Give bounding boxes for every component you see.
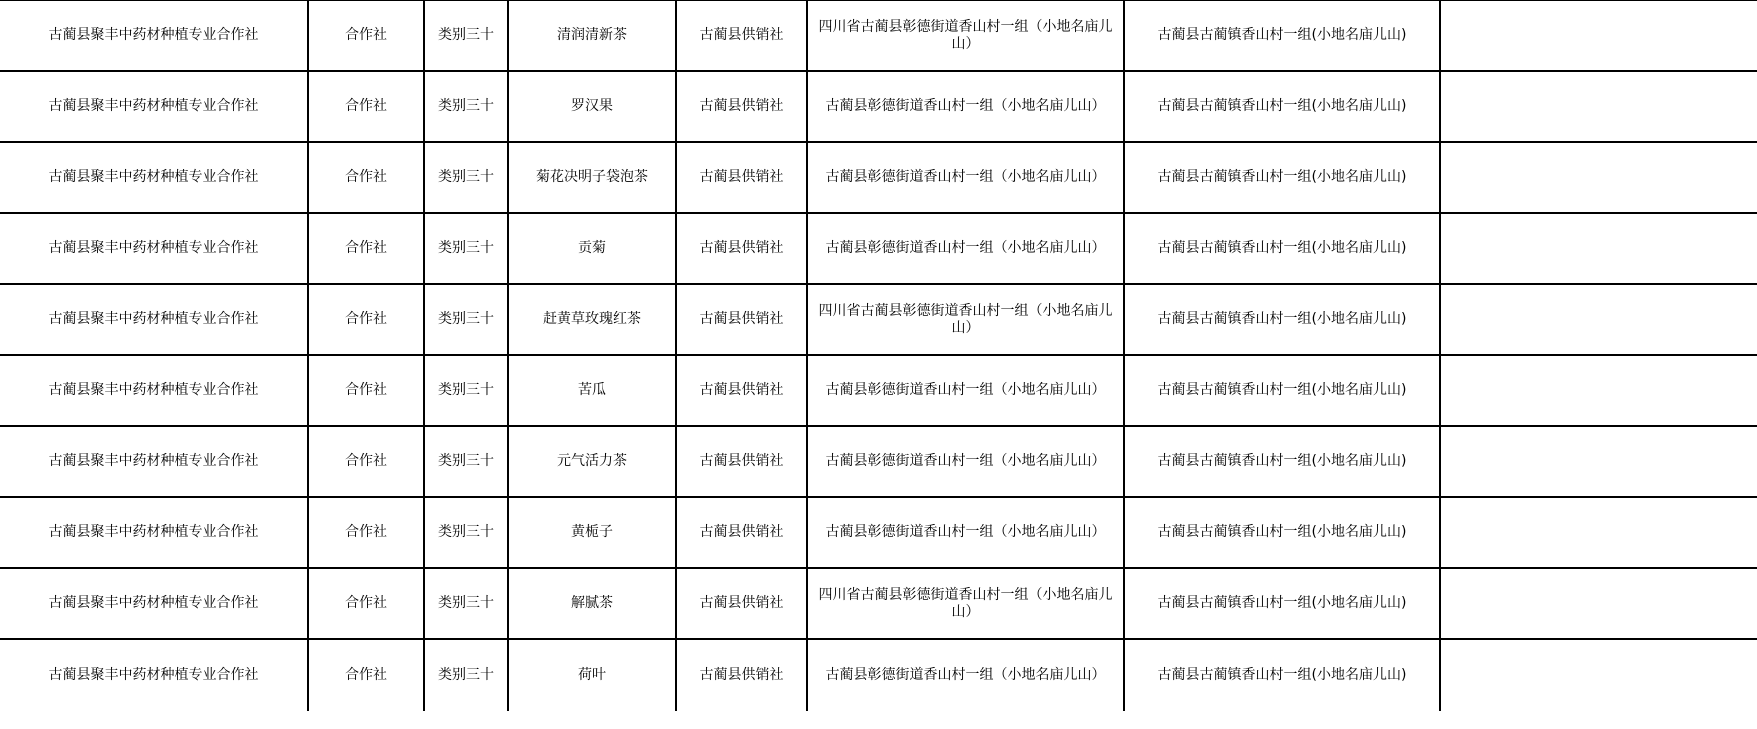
cell-product-name[interactable]: 黄栀子: [508, 497, 676, 568]
cell-supervising-unit[interactable]: 古蔺县供销社: [676, 497, 807, 568]
cell-entity-type[interactable]: 合作社: [308, 0, 424, 71]
cell-supervising-unit[interactable]: 古蔺县供销社: [676, 426, 807, 497]
cell-empty[interactable]: [1440, 0, 1757, 71]
cell-production-address[interactable]: 古蔺县古蔺镇香山村一组(小地名庙儿山): [1124, 568, 1440, 639]
data-table: 古蔺县聚丰中药材种植专业合作社 合作社 类别三十 清润清新茶 古蔺县供销社 四川…: [0, 0, 1757, 711]
table-body: 古蔺县聚丰中药材种植专业合作社 合作社 类别三十 清润清新茶 古蔺县供销社 四川…: [0, 0, 1757, 711]
cell-empty[interactable]: [1440, 497, 1757, 568]
cell-category[interactable]: 类别三十: [424, 568, 508, 639]
cell-category[interactable]: 类别三十: [424, 142, 508, 213]
table-row: 古蔺县聚丰中药材种植专业合作社 合作社 类别三十 黄栀子 古蔺县供销社 古蔺县彰…: [0, 497, 1757, 568]
table-row: 古蔺县聚丰中药材种植专业合作社 合作社 类别三十 荷叶 古蔺县供销社 古蔺县彰德…: [0, 639, 1757, 711]
cell-empty[interactable]: [1440, 284, 1757, 355]
cell-organization[interactable]: 古蔺县聚丰中药材种植专业合作社: [0, 142, 308, 213]
cell-product-name[interactable]: 赶黄草玫瑰红茶: [508, 284, 676, 355]
table-row: 古蔺县聚丰中药材种植专业合作社 合作社 类别三十 苦瓜 古蔺县供销社 古蔺县彰德…: [0, 355, 1757, 426]
cell-organization[interactable]: 古蔺县聚丰中药材种植专业合作社: [0, 213, 308, 284]
cell-supervising-unit[interactable]: 古蔺县供销社: [676, 0, 807, 71]
cell-production-address[interactable]: 古蔺县古蔺镇香山村一组(小地名庙儿山): [1124, 355, 1440, 426]
cell-production-address[interactable]: 古蔺县古蔺镇香山村一组(小地名庙儿山): [1124, 142, 1440, 213]
cell-category[interactable]: 类别三十: [424, 497, 508, 568]
cell-empty[interactable]: [1440, 355, 1757, 426]
cell-entity-type[interactable]: 合作社: [308, 213, 424, 284]
cell-supervising-unit[interactable]: 古蔺县供销社: [676, 355, 807, 426]
cell-supervising-unit[interactable]: 古蔺县供销社: [676, 71, 807, 142]
cell-entity-type[interactable]: 合作社: [308, 497, 424, 568]
table-row: 古蔺县聚丰中药材种植专业合作社 合作社 类别三十 罗汉果 古蔺县供销社 古蔺县彰…: [0, 71, 1757, 142]
cell-production-address[interactable]: 古蔺县古蔺镇香山村一组(小地名庙儿山): [1124, 639, 1440, 711]
cell-production-address[interactable]: 古蔺县古蔺镇香山村一组(小地名庙儿山): [1124, 213, 1440, 284]
cell-organization[interactable]: 古蔺县聚丰中药材种植专业合作社: [0, 568, 308, 639]
cell-supervising-unit[interactable]: 古蔺县供销社: [676, 213, 807, 284]
cell-empty[interactable]: [1440, 426, 1757, 497]
table-row: 古蔺县聚丰中药材种植专业合作社 合作社 类别三十 贡菊 古蔺县供销社 古蔺县彰德…: [0, 213, 1757, 284]
cell-production-address[interactable]: 古蔺县古蔺镇香山村一组(小地名庙儿山): [1124, 71, 1440, 142]
cell-supervising-unit[interactable]: 古蔺县供销社: [676, 284, 807, 355]
cell-entity-type[interactable]: 合作社: [308, 71, 424, 142]
cell-empty[interactable]: [1440, 71, 1757, 142]
cell-production-address[interactable]: 古蔺县古蔺镇香山村一组(小地名庙儿山): [1124, 0, 1440, 71]
cell-entity-type[interactable]: 合作社: [308, 639, 424, 711]
cell-supervising-unit[interactable]: 古蔺县供销社: [676, 639, 807, 711]
cell-empty[interactable]: [1440, 639, 1757, 711]
cell-registered-address[interactable]: 古蔺县彰德街道香山村一组（小地名庙儿山）: [807, 142, 1124, 213]
cell-product-name[interactable]: 解腻茶: [508, 568, 676, 639]
cell-supervising-unit[interactable]: 古蔺县供销社: [676, 142, 807, 213]
cell-registered-address[interactable]: 四川省古蔺县彰德街道香山村一组（小地名庙儿山）: [807, 0, 1124, 71]
cell-product-name[interactable]: 元气活力茶: [508, 426, 676, 497]
cell-production-address[interactable]: 古蔺县古蔺镇香山村一组(小地名庙儿山): [1124, 497, 1440, 568]
cell-category[interactable]: 类别三十: [424, 639, 508, 711]
cell-entity-type[interactable]: 合作社: [308, 355, 424, 426]
cell-registered-address[interactable]: 古蔺县彰德街道香山村一组（小地名庙儿山）: [807, 71, 1124, 142]
cell-organization[interactable]: 古蔺县聚丰中药材种植专业合作社: [0, 0, 308, 71]
cell-category[interactable]: 类别三十: [424, 284, 508, 355]
cell-registered-address[interactable]: 四川省古蔺县彰德街道香山村一组（小地名庙儿山）: [807, 568, 1124, 639]
cell-organization[interactable]: 古蔺县聚丰中药材种植专业合作社: [0, 355, 308, 426]
cell-organization[interactable]: 古蔺县聚丰中药材种植专业合作社: [0, 639, 308, 711]
cell-production-address[interactable]: 古蔺县古蔺镇香山村一组(小地名庙儿山): [1124, 426, 1440, 497]
cell-product-name[interactable]: 贡菊: [508, 213, 676, 284]
cell-registered-address[interactable]: 古蔺县彰德街道香山村一组（小地名庙儿山）: [807, 497, 1124, 568]
cell-registered-address[interactable]: 四川省古蔺县彰德街道香山村一组（小地名庙儿山）: [807, 284, 1124, 355]
cell-registered-address[interactable]: 古蔺县彰德街道香山村一组（小地名庙儿山）: [807, 639, 1124, 711]
cell-category[interactable]: 类别三十: [424, 213, 508, 284]
cell-organization[interactable]: 古蔺县聚丰中药材种植专业合作社: [0, 426, 308, 497]
cell-product-name[interactable]: 清润清新茶: [508, 0, 676, 71]
cell-entity-type[interactable]: 合作社: [308, 142, 424, 213]
cell-product-name[interactable]: 荷叶: [508, 639, 676, 711]
cell-empty[interactable]: [1440, 142, 1757, 213]
cell-entity-type[interactable]: 合作社: [308, 426, 424, 497]
cell-product-name[interactable]: 罗汉果: [508, 71, 676, 142]
table-row: 古蔺县聚丰中药材种植专业合作社 合作社 类别三十 元气活力茶 古蔺县供销社 古蔺…: [0, 426, 1757, 497]
cell-entity-type[interactable]: 合作社: [308, 284, 424, 355]
table-row: 古蔺县聚丰中药材种植专业合作社 合作社 类别三十 赶黄草玫瑰红茶 古蔺县供销社 …: [0, 284, 1757, 355]
cell-organization[interactable]: 古蔺县聚丰中药材种植专业合作社: [0, 497, 308, 568]
cell-registered-address[interactable]: 古蔺县彰德街道香山村一组（小地名庙儿山）: [807, 426, 1124, 497]
cell-empty[interactable]: [1440, 213, 1757, 284]
cell-organization[interactable]: 古蔺县聚丰中药材种植专业合作社: [0, 71, 308, 142]
cell-entity-type[interactable]: 合作社: [308, 568, 424, 639]
cell-category[interactable]: 类别三十: [424, 71, 508, 142]
table-row: 古蔺县聚丰中药材种植专业合作社 合作社 类别三十 菊花决明子袋泡茶 古蔺县供销社…: [0, 142, 1757, 213]
cell-empty[interactable]: [1440, 568, 1757, 639]
cell-production-address[interactable]: 古蔺县古蔺镇香山村一组(小地名庙儿山): [1124, 284, 1440, 355]
cell-category[interactable]: 类别三十: [424, 355, 508, 426]
cell-category[interactable]: 类别三十: [424, 426, 508, 497]
cell-product-name[interactable]: 菊花决明子袋泡茶: [508, 142, 676, 213]
cell-organization[interactable]: 古蔺县聚丰中药材种植专业合作社: [0, 284, 308, 355]
cell-category[interactable]: 类别三十: [424, 0, 508, 71]
table-row: 古蔺县聚丰中药材种植专业合作社 合作社 类别三十 解腻茶 古蔺县供销社 四川省古…: [0, 568, 1757, 639]
cell-registered-address[interactable]: 古蔺县彰德街道香山村一组（小地名庙儿山）: [807, 213, 1124, 284]
cell-registered-address[interactable]: 古蔺县彰德街道香山村一组（小地名庙儿山）: [807, 355, 1124, 426]
table-row: 古蔺县聚丰中药材种植专业合作社 合作社 类别三十 清润清新茶 古蔺县供销社 四川…: [0, 0, 1757, 71]
cell-supervising-unit[interactable]: 古蔺县供销社: [676, 568, 807, 639]
cell-product-name[interactable]: 苦瓜: [508, 355, 676, 426]
